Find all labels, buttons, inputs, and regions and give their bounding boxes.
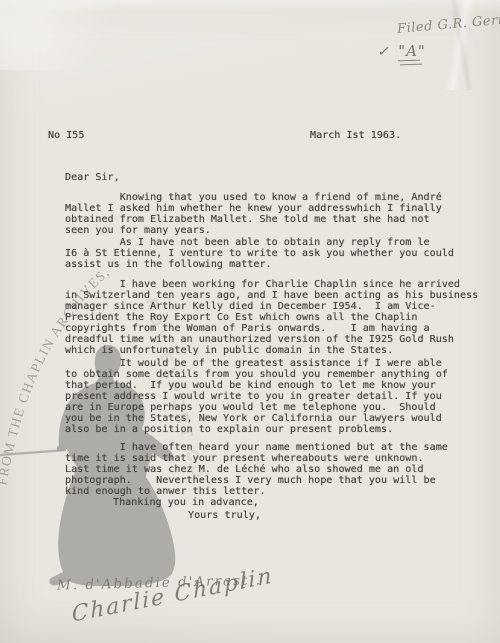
paragraph-2: As I have not been able to obtain any re… (65, 237, 454, 270)
grade-underline-2 (400, 63, 422, 65)
paragraph-3: I have been working for Charlie Chaplin … (65, 279, 478, 356)
paragraph-4: It would be of the greatest assistance i… (65, 358, 448, 435)
reference-number: No I55 (48, 130, 84, 141)
salutation: Dear Sir, (65, 172, 120, 183)
paragraph-5: I have often heard your name mentioned b… (65, 442, 448, 497)
scanned-letter-page: FROM THE CHAPLIN ARCHIVES, ROY EXPORT CO… (0, 0, 500, 643)
closing-line-thanks: Thanking you in advance, (113, 497, 259, 508)
grade-letter: "A" (398, 42, 426, 60)
grade-annotation: ✓ "A" (377, 42, 426, 60)
checkmark-icon: ✓ (377, 44, 389, 60)
paragraph-1: Knowing that you used to know a friend o… (65, 192, 442, 236)
closing-line-yours-truly: Yours truly, (188, 510, 261, 521)
letter-date: March Ist 1963. (310, 130, 401, 141)
